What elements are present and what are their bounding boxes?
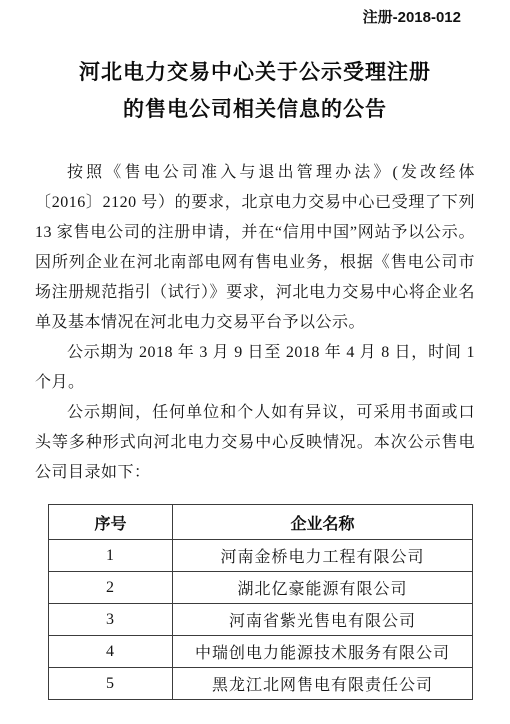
table-cell-seq: 3	[49, 604, 173, 636]
document-page: 注册-2018-012 河北电力交易中心关于公示受理注册 的售电公司相关信息的公…	[0, 0, 510, 724]
table-cell-name: 湖北亿豪能源有限公司	[173, 572, 473, 604]
company-table: 序号 企业名称 1 河南金桥电力工程有限公司 2 湖北亿豪能源有限公司 3 河南…	[48, 504, 473, 700]
paragraph-period: 公示期为 2018 年 3 月 9 日至 2018 年 4 月 8 日，时间 1…	[35, 338, 475, 398]
table-cell-name: 黑龙江北网售电有限责任公司	[173, 668, 473, 700]
table-row: 3 河南省紫光售电有限公司	[49, 604, 473, 636]
paragraph-objection: 公示期间，任何单位和个人如有异议，可采用书面或口头等多种形式向河北电力交易中心反…	[35, 398, 475, 488]
table-cell-name: 河南省紫光售电有限公司	[173, 604, 473, 636]
table-row: 4 中瑞创电力能源技术服务有限公司	[49, 636, 473, 668]
table-cell-seq: 4	[49, 636, 173, 668]
table-row: 5 黑龙江北网售电有限责任公司	[49, 668, 473, 700]
document-number: 注册-2018-012	[35, 8, 475, 28]
table-row: 2 湖北亿豪能源有限公司	[49, 572, 473, 604]
table-cell-name: 河南金桥电力工程有限公司	[173, 540, 473, 572]
table-header-row: 序号 企业名称	[49, 505, 473, 540]
table-cell-seq: 2	[49, 572, 173, 604]
table-cell-name: 中瑞创电力能源技术服务有限公司	[173, 636, 473, 668]
document-body: 按照《售电公司准入与退出管理办法》(发改经体〔2016〕2120 号）的要求，北…	[35, 158, 475, 488]
table-header-name: 企业名称	[173, 505, 473, 540]
paragraph-intro: 按照《售电公司准入与退出管理办法》(发改经体〔2016〕2120 号）的要求，北…	[35, 158, 475, 338]
table-header-seq: 序号	[49, 505, 173, 540]
document-title-line-2: 的售电公司相关信息的公告	[35, 91, 475, 128]
document-title-line-1: 河北电力交易中心关于公示受理注册	[35, 54, 475, 91]
table-row: 1 河南金桥电力工程有限公司	[49, 540, 473, 572]
document-title: 河北电力交易中心关于公示受理注册 的售电公司相关信息的公告	[35, 54, 475, 128]
table-cell-seq: 1	[49, 540, 173, 572]
table-cell-seq: 5	[49, 668, 173, 700]
